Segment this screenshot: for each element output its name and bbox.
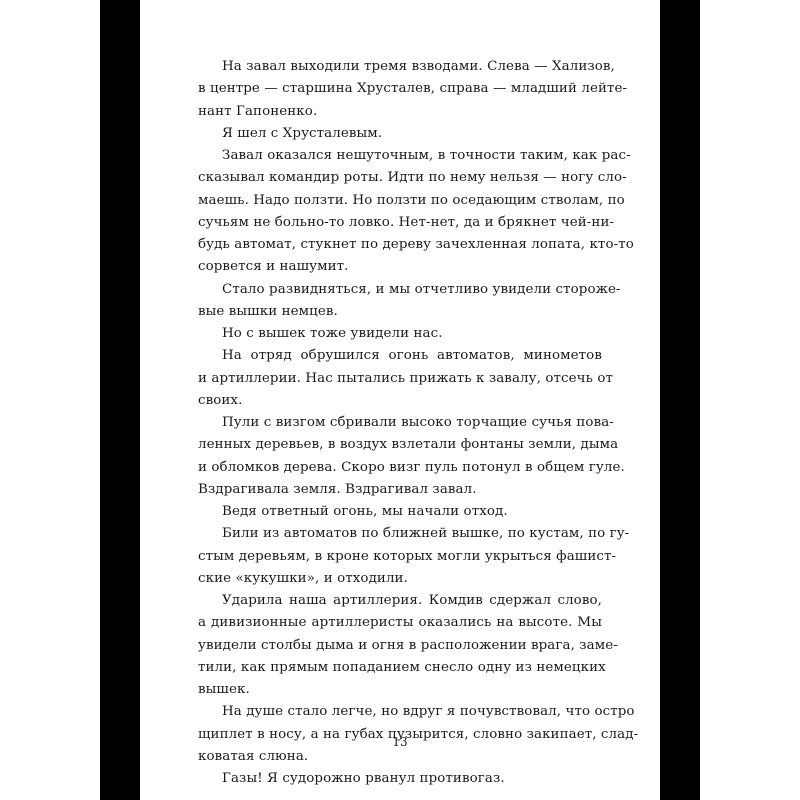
text-line: Пули с визгом сбривали высоко торчащие с…	[198, 412, 602, 434]
text-line: вышек.	[198, 679, 602, 701]
text-line: тили, как прямым попаданием снесло одну …	[198, 657, 602, 679]
text-line: и артиллерии. Нас пытались прижать к зав…	[198, 368, 602, 390]
text-line: коватая слюна.	[198, 746, 602, 768]
page-body-text: На завал выходили тремя взводами. Слева …	[198, 56, 602, 790]
text-line: Стало развидняться, и мы отчетливо увиде…	[198, 279, 602, 301]
text-line: нант Гапоненко.	[198, 101, 602, 123]
text-line: сорвется и нашумит.	[198, 256, 602, 278]
text-line: На отряд обрушился огонь автоматов, мино…	[198, 345, 602, 367]
text-line: Били из автоматов по ближней вышке, по к…	[198, 523, 602, 545]
text-line: и обломков дерева. Скоро визг пуль потон…	[198, 457, 602, 479]
text-line: Я шел с Хрусталевым.	[198, 123, 602, 145]
text-line: вые вышки немцев.	[198, 301, 602, 323]
text-line: сучьям не больно-то ловко. Нет-нет, да и…	[198, 212, 602, 234]
text-line: Ведя ответный огонь, мы начали отход.	[198, 501, 602, 523]
left-black-border	[100, 0, 140, 800]
book-page: На завал выходили тремя взводами. Слева …	[140, 0, 660, 800]
text-line: будь автомат, стукнет по дереву зачехлен…	[198, 234, 602, 256]
text-line: сказывал командир роты. Идти по нему нел…	[198, 167, 602, 189]
text-line: маешь. Надо ползти. Но ползти по оседающ…	[198, 190, 602, 212]
text-line: Ударила наша артиллерия. Комдив сдержал …	[198, 590, 602, 612]
text-line: ленных деревьев, в воздух взлетали фонта…	[198, 434, 602, 456]
page-number: 13	[140, 735, 660, 749]
text-line: а дивизионные артиллеристы оказались на …	[198, 612, 602, 634]
text-line: На душе стало легче, но вдруг я почувств…	[198, 701, 602, 723]
text-line: Но с вышек тоже увидели нас.	[198, 323, 602, 345]
text-line: своих.	[198, 390, 602, 412]
text-line: ские «кукушки», и отходили.	[198, 568, 602, 590]
text-line: На завал выходили тремя взводами. Слева …	[198, 56, 602, 78]
text-line: в центре — старшина Хрусталев, справа — …	[198, 78, 602, 100]
text-line: Вздрагивала земля. Вздрагивал завал.	[198, 479, 602, 501]
text-line: Завал оказался нешуточным, в точности та…	[198, 145, 602, 167]
text-line: стым деревьям, в кроне которых могли укр…	[198, 546, 602, 568]
right-black-border	[660, 0, 700, 800]
text-line: Газы! Я судорожно рванул противогаз.	[198, 768, 602, 790]
text-line: увидели столбы дыма и огня в расположени…	[198, 635, 602, 657]
